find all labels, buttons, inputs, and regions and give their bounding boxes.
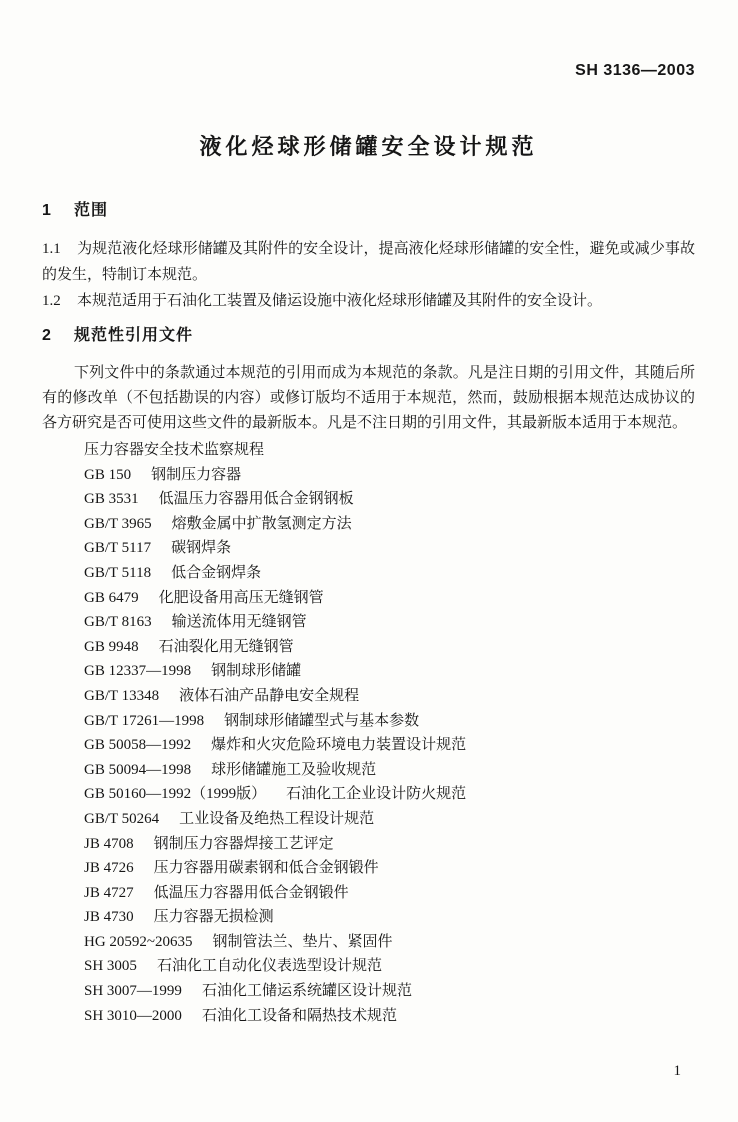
reference-item: GB/T 17261—1998钢制球形储罐型式与基本参数: [84, 709, 695, 734]
section-1-number: 1: [42, 202, 74, 220]
clause-1-2-text: 本规范适用于石油化工装置及储运设施中液化烃球形储罐及其附件的安全设计。: [77, 293, 602, 309]
clause-1-2-number: 1.2: [42, 288, 77, 314]
standard-code: SH 3136—2003: [42, 62, 695, 80]
reference-title: 石油化工企业设计防火规范: [286, 786, 466, 802]
reference-item: GB 50094—1998球形储罐施工及验收规范: [84, 758, 695, 783]
reference-item: SH 3007—1999石油化工储运系统罐区设计规范: [84, 979, 695, 1004]
section-2-number: 2: [42, 327, 74, 345]
reference-item: GB/T 13348液体石油产品静电安全规程: [84, 684, 695, 709]
reference-code: GB/T 50264: [84, 811, 159, 827]
reference-code: GB 50058—1992: [84, 737, 191, 753]
clause-1-1-text: 为规范液化烃球形储罐及其附件的安全设计，提高液化烃球形储罐的安全性，避免或减少事…: [42, 241, 695, 283]
reference-item: GB 12337—1998钢制球形储罐: [84, 659, 695, 684]
reference-title: 熔敷金属中扩散氢测定方法: [172, 516, 352, 532]
reference-code: GB 12337—1998: [84, 663, 191, 679]
reference-code: GB 9948: [84, 639, 139, 655]
reference-title: 钢制管法兰、垫片、紧固件: [213, 934, 393, 950]
reference-item: GB 50160—1992（1999版）石油化工企业设计防火规范: [84, 782, 695, 807]
reference-title: 石油裂化用无缝钢管: [159, 639, 294, 655]
reference-title: 低合金钢焊条: [171, 565, 261, 581]
reference-title: 化肥设备用高压无缝钢管: [159, 590, 324, 606]
reference-title: 压力容器无损检测: [154, 909, 274, 925]
reference-code: GB 3531: [84, 491, 139, 507]
reference-title: 钢制球形储罐: [211, 663, 301, 679]
clause-1-1-number: 1.1: [42, 236, 77, 262]
reference-title: 液体石油产品静电安全规程: [179, 688, 359, 704]
reference-title: 低温压力容器用低合金钢锻件: [154, 885, 349, 901]
reference-item: GB 6479化肥设备用高压无缝钢管: [84, 586, 695, 611]
reference-item: GB/T 5117碳钢焊条: [84, 536, 695, 561]
document-title: 液化烃球形储罐安全设计规范: [42, 132, 695, 162]
reference-item: GB/T 8163输送流体用无缝钢管: [84, 610, 695, 635]
reference-title: 压力容器安全技术监察规程: [84, 442, 264, 458]
clause-1-2: 1.2本规范适用于石油化工装置及储运设施中液化烃球形储罐及其附件的安全设计。: [42, 288, 695, 314]
reference-title: 球形储罐施工及验收规范: [211, 762, 376, 778]
reference-code: HG 20592~20635: [84, 934, 193, 950]
reference-title: 钢制压力容器焊接工艺评定: [154, 836, 334, 852]
reference-code: GB/T 3965: [84, 516, 152, 532]
reference-title: 碳钢焊条: [171, 540, 231, 556]
reference-title: 工业设备及绝热工程设计规范: [179, 811, 374, 827]
reference-code: GB/T 5118: [84, 565, 151, 581]
reference-title: 爆炸和火灾危险环境电力装置设计规范: [211, 737, 466, 753]
reference-code: SH 3010—2000: [84, 1008, 182, 1024]
normative-references-list: 压力容器安全技术监察规程 GB 150钢制压力容器 GB 3531低温压力容器用…: [42, 438, 695, 1028]
reference-item: HG 20592~20635钢制管法兰、垫片、紧固件: [84, 930, 695, 955]
clause-1-1: 1.1为规范液化烃球形储罐及其附件的安全设计，提高液化烃球形储罐的安全性，避免或…: [42, 236, 695, 288]
reference-code: GB/T 5117: [84, 540, 151, 556]
reference-code: JB 4727: [84, 885, 134, 901]
page-number: 1: [674, 1063, 682, 1080]
reference-item: JB 4708钢制压力容器焊接工艺评定: [84, 832, 695, 857]
section-1-title: 范围: [74, 202, 108, 219]
reference-item: JB 4726压力容器用碳素钢和低合金钢锻件: [84, 856, 695, 881]
reference-item: GB 3531低温压力容器用低合金钢钢板: [84, 487, 695, 512]
reference-code: GB/T 13348: [84, 688, 159, 704]
reference-item: GB 150钢制压力容器: [84, 463, 695, 488]
reference-code: GB 6479: [84, 590, 139, 606]
reference-item: JB 4727低温压力容器用低合金钢锻件: [84, 881, 695, 906]
reference-code: GB 50160—1992（1999版）: [84, 786, 266, 802]
reference-code: JB 4730: [84, 909, 134, 925]
section-1-heading: 1范围: [42, 202, 695, 220]
reference-title: 低温压力容器用低合金钢钢板: [159, 491, 354, 507]
reference-item: GB/T 3965熔敷金属中扩散氢测定方法: [84, 512, 695, 537]
reference-item: GB 9948石油裂化用无缝钢管: [84, 635, 695, 660]
reference-title: 石油化工设备和隔热技术规范: [202, 1008, 397, 1024]
reference-item: SH 3010—2000石油化工设备和隔热技术规范: [84, 1004, 695, 1029]
reference-code: JB 4726: [84, 860, 134, 876]
reference-title: 石油化工储运系统罐区设计规范: [202, 983, 412, 999]
reference-item: JB 4730压力容器无损检测: [84, 905, 695, 930]
reference-code: GB/T 8163: [84, 614, 152, 630]
reference-title: 钢制球形储罐型式与基本参数: [224, 713, 419, 729]
reference-code: JB 4708: [84, 836, 134, 852]
section-2-heading: 2规范性引用文件: [42, 327, 695, 345]
reference-code: GB 150: [84, 467, 131, 483]
reference-title: 钢制压力容器: [151, 467, 241, 483]
reference-item: GB/T 50264工业设备及绝热工程设计规范: [84, 807, 695, 832]
section-2-intro-paragraph: 下列文件中的条款通过本规范的引用而成为本规范的条款。凡是注日期的引用文件，其随后…: [42, 361, 695, 436]
reference-title: 压力容器用碳素钢和低合金钢锻件: [154, 860, 379, 876]
reference-title: 石油化工自动化仪表选型设计规范: [157, 958, 382, 974]
reference-item: GB 50058—1992爆炸和火灾危险环境电力装置设计规范: [84, 733, 695, 758]
reference-code: SH 3005: [84, 958, 137, 974]
reference-code: GB 50094—1998: [84, 762, 191, 778]
reference-code: GB/T 17261—1998: [84, 713, 204, 729]
reference-item: 压力容器安全技术监察规程: [84, 438, 695, 463]
reference-item: SH 3005石油化工自动化仪表选型设计规范: [84, 954, 695, 979]
reference-item: GB/T 5118低合金钢焊条: [84, 561, 695, 586]
section-2-title: 规范性引用文件: [74, 327, 193, 344]
reference-title: 输送流体用无缝钢管: [172, 614, 307, 630]
document-page: SH 3136—2003 液化烃球形储罐安全设计规范 1范围 1.1为规范液化烃…: [0, 0, 738, 1122]
reference-code: SH 3007—1999: [84, 983, 182, 999]
section-1-clauses: 1.1为规范液化烃球形储罐及其附件的安全设计，提高液化烃球形储罐的安全性，避免或…: [42, 236, 695, 314]
